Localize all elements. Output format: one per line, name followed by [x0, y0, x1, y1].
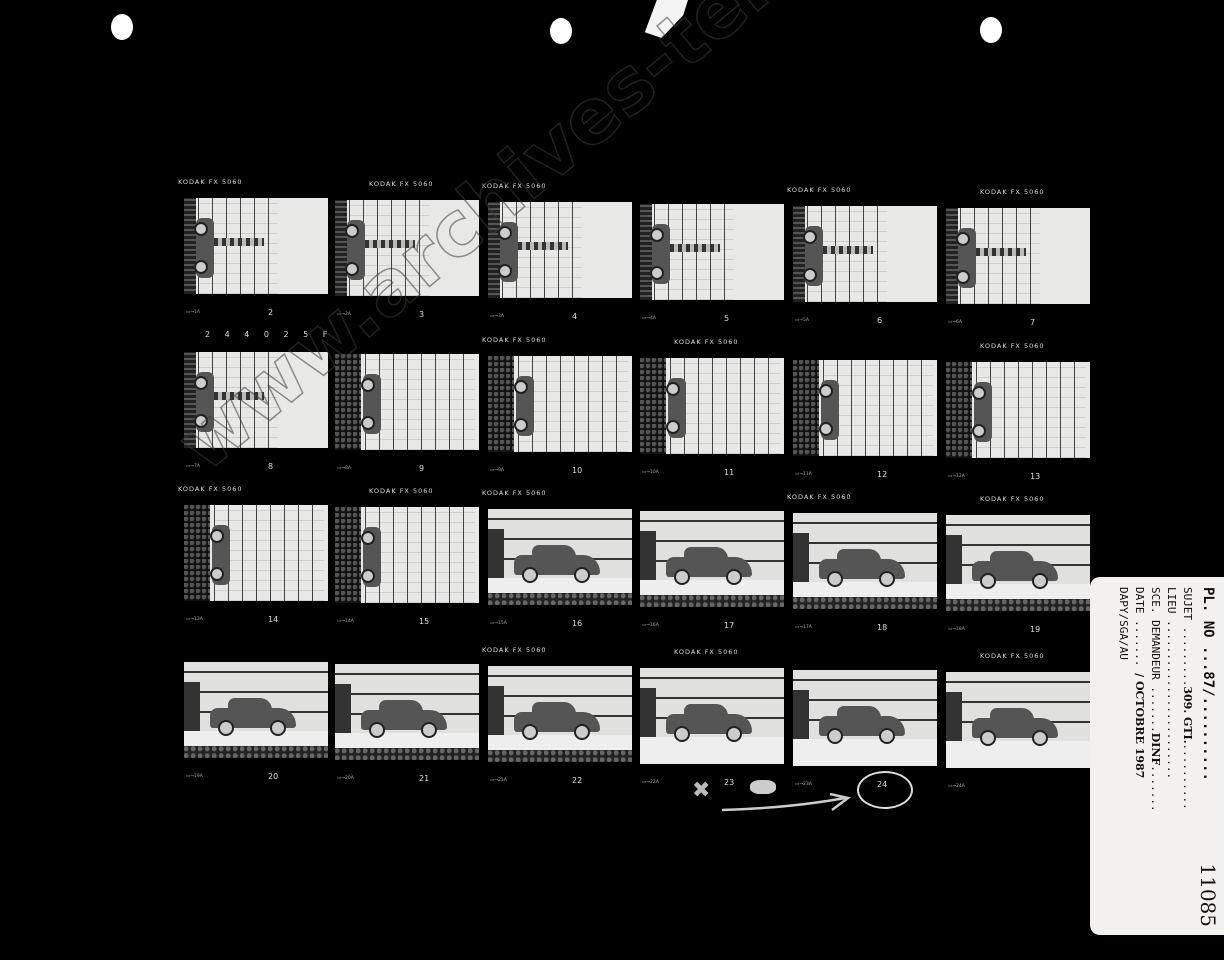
photo-frame [793, 513, 937, 609]
car-image [666, 557, 752, 577]
photo-frame [946, 515, 1090, 611]
film-stock-label: KODAK FX 5060 [980, 188, 1045, 196]
film-stock-label: KODAK FX 5060 [787, 186, 852, 194]
photo-frame [184, 198, 328, 294]
film-stock-label: KODAK FX 5060 [369, 180, 434, 188]
frame-number: 7 [1030, 318, 1035, 327]
frame-number: 11 [724, 468, 734, 477]
car-image [819, 559, 905, 579]
label-footer: DAPY/SGA/AU [1117, 587, 1130, 660]
film-stock-label: KODAK FX 5060 [482, 336, 547, 344]
frame-number: 9 [419, 464, 424, 473]
frame-number: 23 [724, 778, 734, 787]
photo-frame [184, 352, 328, 448]
photo-frame [946, 362, 1090, 458]
photo-frame [640, 668, 784, 764]
film-stock-label: KODAK FX 5060 [674, 338, 739, 346]
archive-label: 11085 PL. NO ...87/.......... SUJET ....… [1090, 577, 1224, 935]
punch-hole-center [550, 18, 572, 44]
car-image [666, 714, 752, 734]
photo-frame [946, 672, 1090, 768]
frame-subnumber: ▭→17A [795, 625, 812, 630]
frame-subnumber: ▭→3A [490, 314, 504, 319]
arrow-icon [720, 790, 860, 820]
frame-subnumber: ▭→6A [948, 320, 962, 325]
photo-frame [793, 670, 937, 766]
edge-code: 2 4 4 0 2 5 F [205, 330, 333, 339]
frame-subnumber: ▭→10A [642, 470, 659, 475]
car-image [972, 561, 1058, 581]
frame-number: 12 [877, 470, 887, 479]
frame-subnumber: ▭→7A [186, 464, 200, 469]
frame-number: 5 [724, 314, 729, 323]
car-image [500, 222, 518, 282]
frame-subnumber: ▭→15A [490, 621, 507, 626]
film-stock-label: KODAK FX 5060 [178, 178, 243, 186]
frame-number: 15 [419, 617, 429, 626]
reject-mark-icon: ✖ [692, 778, 710, 803]
film-stock-label: KODAK FX 5060 [980, 495, 1045, 503]
film-stock-label: KODAK FX 5060 [787, 493, 852, 501]
punch-hole-left [111, 14, 133, 40]
frame-number: 19 [1030, 625, 1040, 634]
photo-frame [946, 208, 1090, 304]
frame-number: 21 [419, 774, 429, 783]
photo-frame [640, 511, 784, 607]
torn-paper [640, 0, 688, 38]
frame-number: 13 [1030, 472, 1040, 481]
frame-number: 17 [724, 621, 734, 630]
pl-no-row: PL. NO ...87/.......... [1200, 587, 1216, 781]
car-image [212, 525, 230, 585]
date-row: DATE ....... / OCTOBRE 1987 [1133, 587, 1146, 778]
car-image [972, 718, 1058, 738]
frame-subnumber: ▭→14A [337, 619, 354, 624]
frame-number: 8 [268, 462, 273, 471]
frame-number: 22 [572, 776, 582, 785]
car-image [819, 716, 905, 736]
frame-number: 16 [572, 619, 582, 628]
photo-frame [488, 356, 632, 452]
frame-subnumber: ▭→24A [948, 784, 965, 789]
photo-frame [335, 507, 479, 603]
car-image [805, 226, 823, 286]
punch-hole-right [980, 17, 1002, 43]
frame-subnumber: ▭→8A [337, 466, 351, 471]
car-image [652, 224, 670, 284]
car-image [514, 555, 600, 575]
film-stock-label: KODAK FX 5060 [482, 646, 547, 654]
frame-subnumber: ▭→19A [186, 774, 203, 779]
film-stock-label: KODAK FX 5060 [482, 489, 547, 497]
car-image [514, 712, 600, 732]
frame-subnumber: ▭→13A [186, 617, 203, 622]
frame-subnumber: ▭→5A [795, 318, 809, 323]
frame-number: 18 [877, 623, 887, 632]
car-image [361, 710, 447, 730]
film-stock-label: KODAK FX 5060 [980, 652, 1045, 660]
sheet-number: 11085 [1196, 863, 1220, 927]
frame-subnumber: ▭→21A [490, 778, 507, 783]
frame-number: 4 [572, 312, 577, 321]
frame-subnumber: ▭→20A [337, 776, 354, 781]
film-stock-label: KODAK FX 5060 [369, 487, 434, 495]
photo-frame [335, 354, 479, 450]
photo-frame [184, 505, 328, 601]
car-image [821, 380, 839, 440]
car-image [668, 378, 686, 438]
car-image [516, 376, 534, 436]
film-stock-label: KODAK FX 5060 [178, 485, 243, 493]
frame-number: 3 [419, 310, 424, 319]
car-image [958, 228, 976, 288]
film-stock-label: KODAK FX 5060 [674, 648, 739, 656]
film-stock-label: KODAK FX 5060 [482, 182, 547, 190]
frame-number: 6 [877, 316, 882, 325]
photo-frame [335, 200, 479, 296]
frame-subnumber: ▭→1A [186, 310, 200, 315]
frame-subnumber: ▭→9A [490, 468, 504, 473]
frame-number: 14 [268, 615, 278, 624]
frame-number: 20 [268, 772, 278, 781]
photo-frame [488, 509, 632, 605]
lieu-row: LIEU ........................ [1165, 587, 1178, 779]
frame-number: 2 [268, 308, 273, 317]
frame-number: 10 [572, 466, 582, 475]
frame-subnumber: ▭→23A [795, 782, 812, 787]
frame-subnumber: ▭→22A [642, 780, 659, 785]
frame-subnumber: ▭→4A [642, 316, 656, 321]
photo-frame [488, 202, 632, 298]
sce-row: SCE. DEMANDEUR .......DINF....... [1149, 587, 1162, 812]
car-image [363, 374, 381, 434]
film-stock-label: KODAK FX 5060 [980, 342, 1045, 350]
photo-frame [488, 666, 632, 762]
car-image [974, 382, 992, 442]
frame-subnumber: ▭→18A [948, 627, 965, 632]
car-image [210, 708, 296, 728]
sujet-row: SUJET .........309. GTI........... [1181, 587, 1194, 810]
photo-frame [335, 664, 479, 760]
frame-subnumber: ▭→16A [642, 623, 659, 628]
car-image [363, 527, 381, 587]
photo-frame [640, 204, 784, 300]
car-image [196, 218, 214, 278]
frame-subnumber: ▭→2A [337, 312, 351, 317]
car-image [196, 372, 214, 432]
car-image [347, 220, 365, 280]
photo-frame [640, 358, 784, 454]
photo-frame [184, 662, 328, 758]
photo-frame [793, 360, 937, 456]
selected-frame-circle [857, 771, 913, 809]
photo-frame [793, 206, 937, 302]
frame-subnumber: ▭→11A [795, 472, 812, 477]
frame-subnumber: ▭→12A [948, 474, 965, 479]
